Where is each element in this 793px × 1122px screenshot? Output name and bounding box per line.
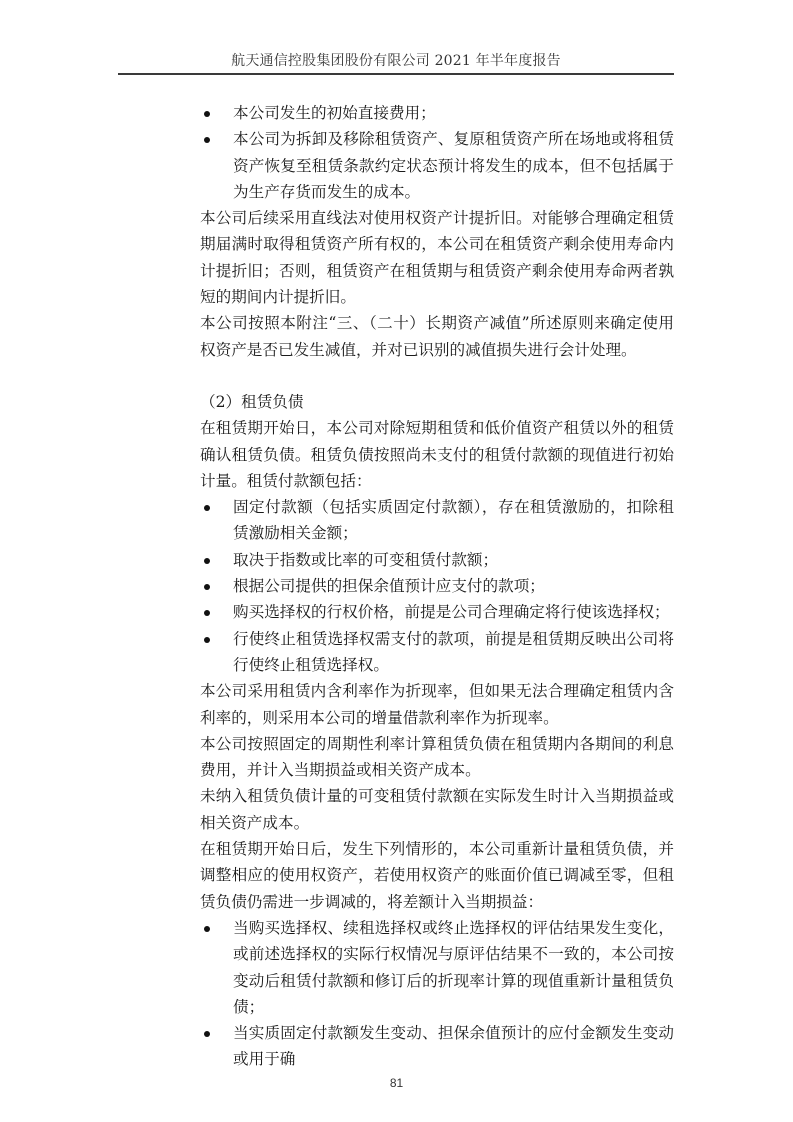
paragraph-remeasurement: 在租赁期开始日后，发生下列情形的，本公司重新计量租赁负债，并调整相应的使用权资产… [200,836,674,915]
paragraph-impairment: 本公司按照本附注“三、（二十）长期资产减值”所述原则来确定使用权资产是否已发生减… [200,310,674,363]
bullet-icon [204,926,210,932]
paragraph-discount-rate: 本公司采用租赁内含利率作为折现率，但如果无法合理确定租赁内含利率的，则采用本公司… [200,678,674,731]
bullet-item: 固定付款额（包括实质固定付款额），存在租赁激励的，扣除租赁激励相关金额； [200,494,674,547]
section-heading: （2）租赁负债 [200,389,674,415]
paragraph-interest: 本公司按照固定的周期性利率计算租赁负债在租赁期内各期间的利息费用，并计入当期损益… [200,731,674,784]
page-number: 81 [0,1076,793,1090]
bullet-icon [204,505,210,511]
bullet-item: 本公司发生的初始直接费用； [200,100,674,126]
bullet-item: 本公司为拆卸及移除租赁资产、复原租赁资产所在场地或将租赁资产恢复至租赁条款约定状… [200,126,674,205]
report-header-title: 航天通信控股集团股份有限公司 2021 年半年度报告 [118,50,674,70]
paragraph-depreciation: 本公司后续采用直线法对使用权资产计提折旧。对能够合理确定租赁期届满时取得租赁资产… [200,205,674,310]
bullet-item: 行使终止租赁选择权需支付的款项，前提是租赁期反映出公司将行使终止租赁选择权。 [200,626,674,679]
bullet-icon [204,558,210,564]
bullet-item: 取决于指数或比率的可变租赁付款额； [200,547,674,573]
paragraph-initial-measurement: 在租赁期开始日，本公司对除短期租赁和低价值资产租赁以外的租赁确认租赁负债。租赁负… [200,415,674,494]
page-body: 本公司发生的初始直接费用； 本公司为拆卸及移除租赁资产、复原租赁资产所在场地或将… [200,100,674,1073]
bullet-icon [204,1031,210,1037]
paragraph-variable-payments: 未纳入租赁负债计量的可变租赁付款额在实际发生时计入当期损益或相关资产成本。 [200,783,674,836]
bullet-icon [204,137,210,143]
bullet-icon [204,584,210,590]
bullet-icon [204,111,210,117]
bullet-item: 当购买选择权、续租选择权或终止选择权的评估结果发生变化，或前述选择权的实际行权情… [200,915,674,1020]
bullet-icon [204,610,210,616]
spacer [200,363,674,389]
bullet-item: 购买选择权的行权价格，前提是公司合理确定将行使该选择权； [200,599,674,625]
header-divider [118,73,674,75]
bullet-icon [204,637,210,643]
bullet-item: 当实质固定付款额发生变动、担保余值预计的应付金额发生变动或用于确 [200,1020,674,1073]
bullet-item: 根据公司提供的担保余值预计应支付的款项； [200,573,674,599]
